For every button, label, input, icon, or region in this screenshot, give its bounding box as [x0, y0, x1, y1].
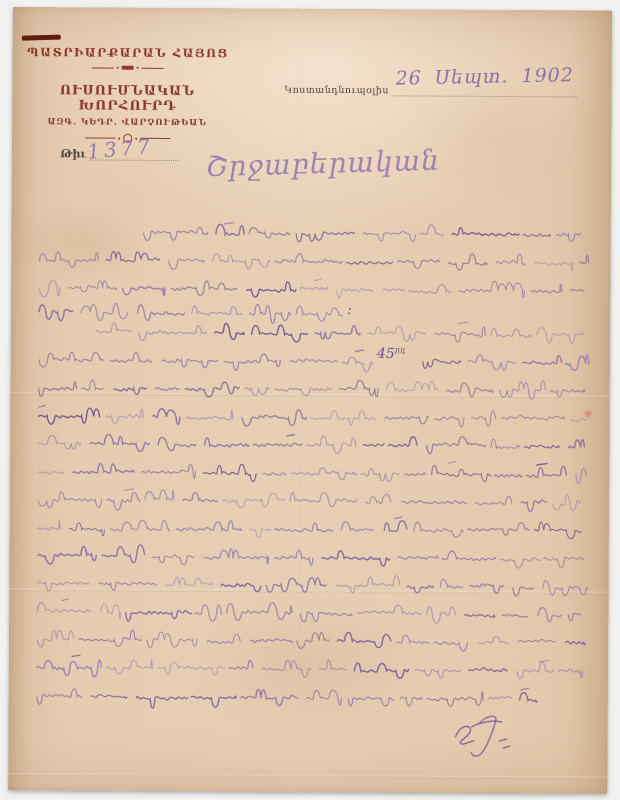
signature-flourish — [455, 716, 509, 756]
sentence-end-mark: ։ — [347, 302, 352, 318]
scan-background: ՊԱՏՐԻԱՐՔԱՐԱՆ ՀԱՅՈՑ ՈՒՍՈՒՄՆԱԿԱՆ ԽՈՐՀՈՒՐԴ … — [0, 0, 620, 800]
handwritten-body — [8, 7, 612, 794]
letter-sheet: ՊԱՏՐԻԱՐՔԱՐԱՆ ՀԱՅՈՑ ՈՒՍՈՒՄՆԱԿԱՆ ԽՈՐՀՈՒՐԴ … — [8, 7, 612, 794]
clause-number: 45րդ — [377, 345, 406, 362]
clause-number-value: 45 — [377, 346, 395, 362]
clause-number-ordinal: րդ — [395, 345, 406, 354]
